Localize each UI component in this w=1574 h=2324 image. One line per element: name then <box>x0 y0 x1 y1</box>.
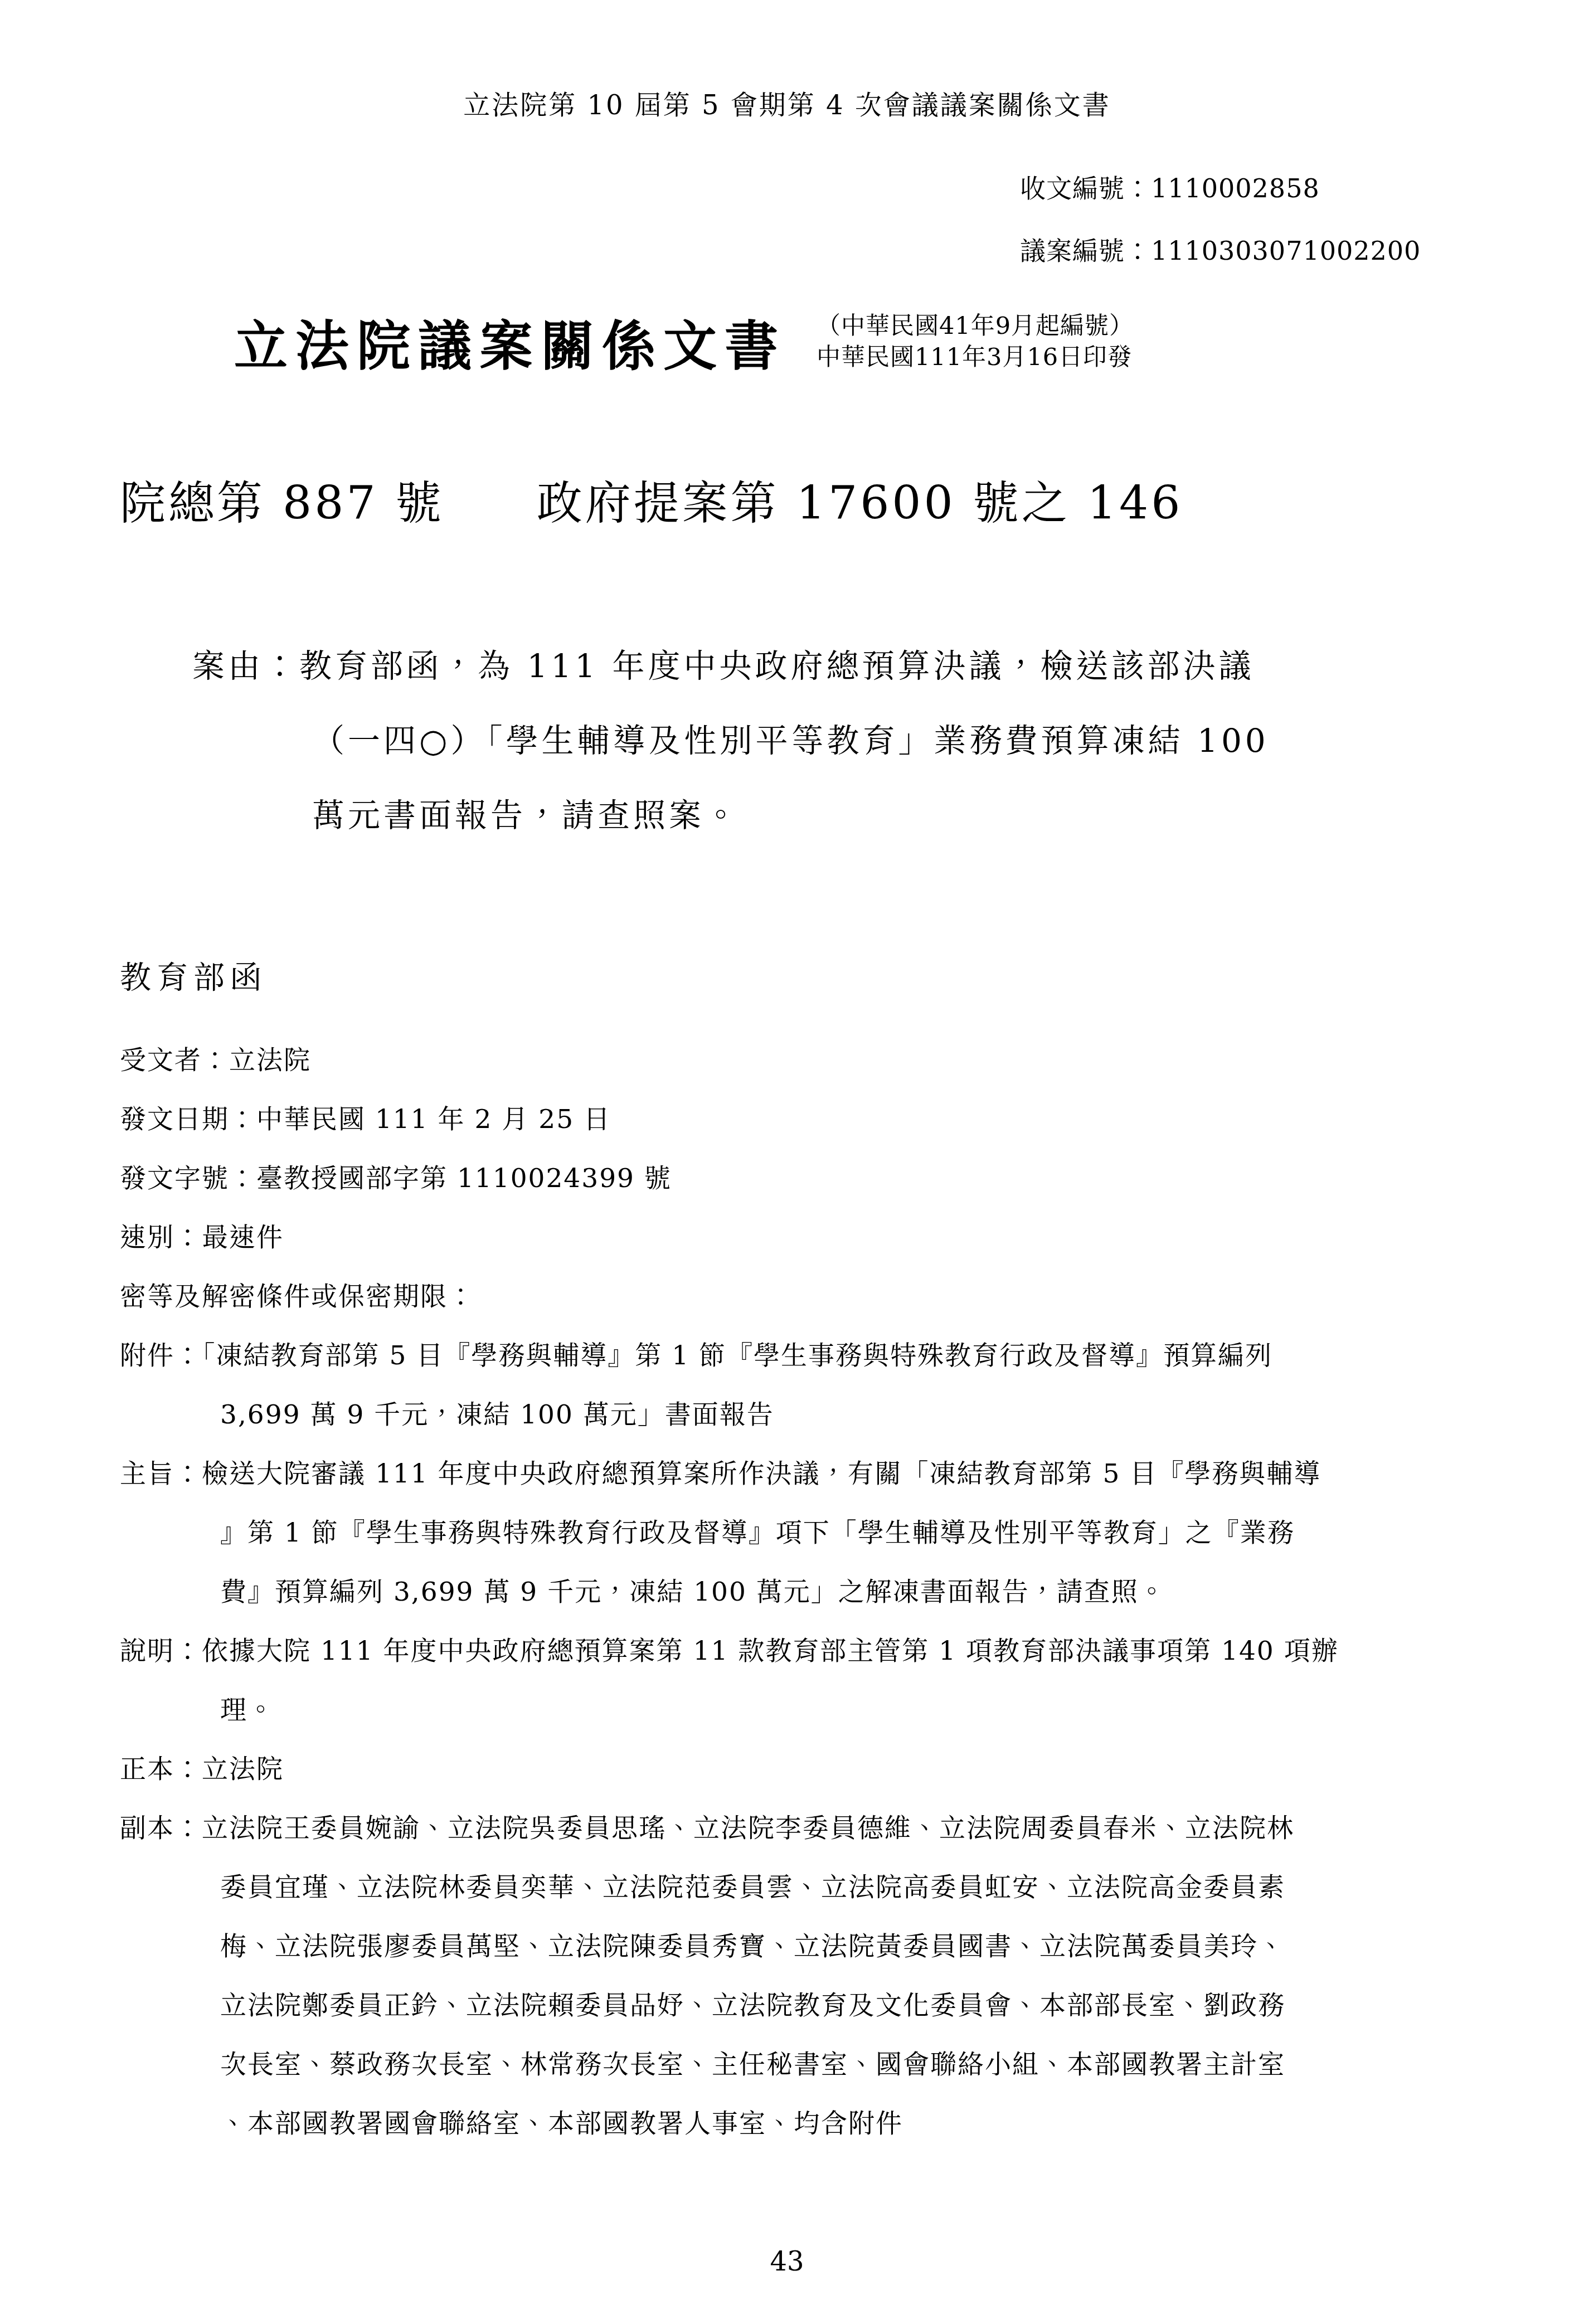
title-row: 立法院議案關係文書 （中華民國41年9月起編號） 中華民國111年3月16日印發 <box>234 304 1134 380</box>
bill-number: 議案編號：1110303071002200 <box>1020 234 1421 268</box>
letter-cc-line: 副本：立法院王委員婉諭、立法院吳委員思瑤、立法院李委員德維、立法院周委員春米、立… <box>120 1799 1502 1858</box>
government-proposal-number: 政府提案第 17600 號之 146 <box>537 477 1183 530</box>
letter-attachment-line: 附件：「凍結教育部第 5 目『學務與輔導』第 1 節『學生事務與特殊教育行政及督… <box>120 1326 1502 1385</box>
case-number-row: 院總第 887 號 政府提案第 17600 號之 146 <box>120 467 1183 532</box>
case-summary-line: 萬元書面報告，請查照案。 <box>192 778 1418 853</box>
letter-explanation-line: 理。 <box>120 1681 1502 1740</box>
letter-recipient: 受文者：立法院 <box>120 1031 1502 1090</box>
letter-subject-line: 費』預算編列 3,699 萬 9 千元，凍結 100 萬元」之解凍書面報告，請查… <box>120 1563 1502 1622</box>
case-summary-line: （一四○）「學生輔導及性別平等教育」業務費預算凍結 100 <box>192 703 1418 778</box>
letter-subject-line: 主旨：檢送大院審議 111 年度中央政府總預算案所作決議，有關「凍結教育部第 5… <box>120 1445 1502 1504</box>
yuan-total-number: 院總第 887 號 <box>120 477 444 530</box>
case-summary-line: 案由：教育部函，為 111 年度中央政府總預算決議，檢送該部決議 <box>192 629 1418 703</box>
session-header: 立法院第 10 屆第 5 會期第 4 次會議議案關係文書 <box>0 84 1574 122</box>
letter-cc-line: 委員宜瑾、立法院林委員奕華、立法院范委員雲、立法院高委員虹安、立法院高金委員素 <box>120 1858 1502 1917</box>
title-note-numbering: （中華民國41年9月起編號） <box>817 311 1134 342</box>
document-page: 立法院第 10 屆第 5 會期第 4 次會議議案關係文書 收文編號：111000… <box>0 0 1574 2324</box>
title-note: （中華民國41年9月起編號） 中華民國111年3月16日印發 <box>817 311 1134 373</box>
letter-subject-line: 』第 1 節『學生事務與特殊教育行政及督導』項下「學生輔導及性別平等教育」之『業… <box>120 1504 1502 1563</box>
letter-priority: 速別：最速件 <box>120 1208 1502 1267</box>
page-number: 43 <box>0 2246 1574 2277</box>
letter-ref-number: 發文字號：臺教授國部字第 1110024399 號 <box>120 1149 1502 1208</box>
letter-cc-line: 立法院鄭委員正鈐、立法院賴委員品妤、立法院教育及文化委員會、本部部長室、劉政務 <box>120 1976 1502 2035</box>
case-summary: 案由：教育部函，為 111 年度中央政府總預算決議，檢送該部決議 （一四○）「學… <box>192 629 1418 853</box>
letter-cc-line: 次長室、蔡政務次長室、林常務次長室、主任秘書室、國會聯絡小組、本部國教署主計室 <box>120 2035 1502 2094</box>
title-note-print-date: 中華民國111年3月16日印發 <box>817 342 1134 373</box>
letter-date: 發文日期：中華民國 111 年 2 月 25 日 <box>120 1090 1502 1149</box>
ministry-letter: 教育部函 受文者：立法院 發文日期：中華民國 111 年 2 月 25 日 發文… <box>120 945 1502 2153</box>
letter-original-recipient: 正本：立法院 <box>120 1740 1502 1799</box>
letter-heading: 教育部函 <box>120 945 1502 1012</box>
letter-cc-line: 梅、立法院張廖委員萬堅、立法院陳委員秀寶、立法院黃委員國書、立法院萬委員美玲、 <box>120 1917 1502 1976</box>
document-numbers: 收文編號：1110002858 議案編號：1110303071002200 <box>1020 172 1421 268</box>
letter-explanation-line: 說明：依據大院 111 年度中央政府總預算案第 11 款教育部主管第 1 項教育… <box>120 1622 1502 1681</box>
receipt-number: 收文編號：1110002858 <box>1020 172 1421 205</box>
letter-attachment-line: 3,699 萬 9 千元，凍結 100 萬元」書面報告 <box>120 1385 1502 1445</box>
document-title: 立法院議案關係文書 <box>234 304 786 380</box>
letter-cc-line: 、本部國教署國會聯絡室、本部國教署人事室、均含附件 <box>120 2094 1502 2153</box>
letter-security-level: 密等及解密條件或保密期限： <box>120 1267 1502 1326</box>
